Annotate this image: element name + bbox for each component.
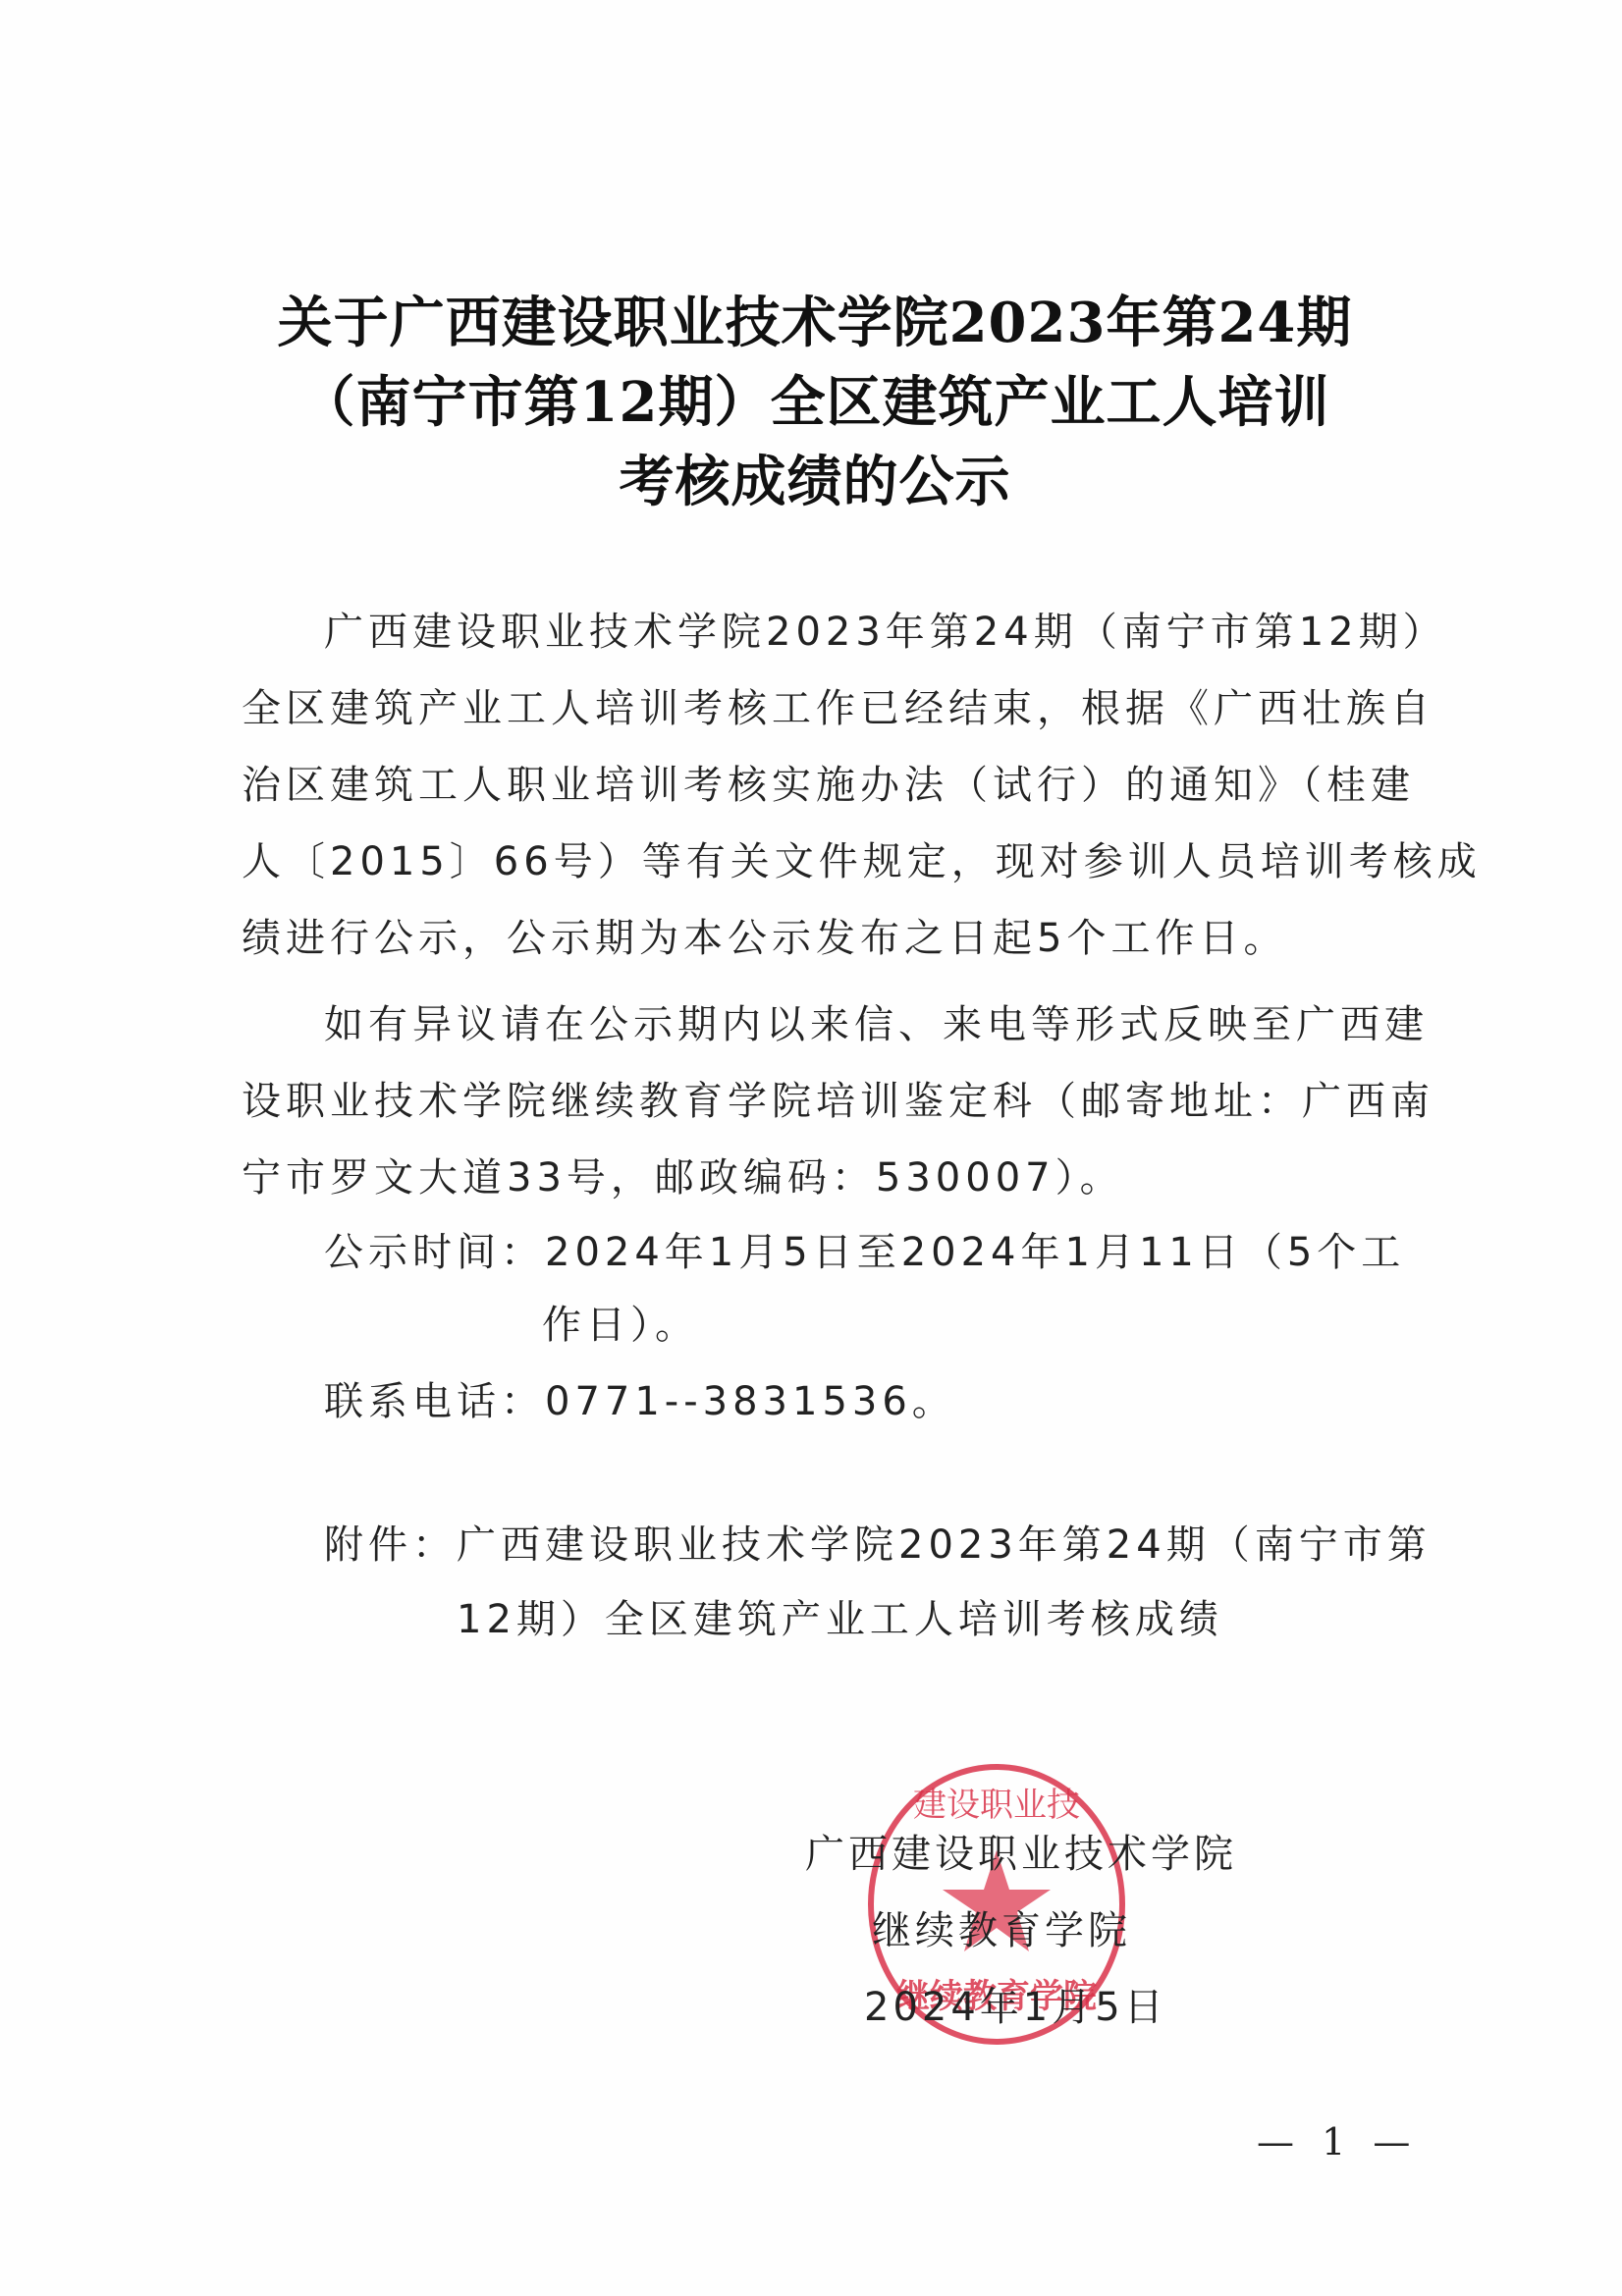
signature-department: 继续教育学院 xyxy=(872,1899,1131,1955)
title-line-2: （南宁市第12期）全区建筑产业工人培训 xyxy=(236,359,1394,438)
page-number: — 1 — xyxy=(1257,2120,1418,2163)
body-line-5: 绩进行公示，公示期为本公示发布之日起5个工作日。 xyxy=(242,907,1287,963)
svg-text:建设职业技: 建设职业技 xyxy=(913,1786,1080,1825)
body-line-7: 设职业技术学院继续教育学院培训鉴定科（邮寄地址：广西南 xyxy=(242,1070,1434,1126)
body-line-3: 治区建筑工人职业培训考核实施办法（试行）的通知》（桂建 xyxy=(242,754,1415,810)
attachment-line-2: 12期）全区建筑产业工人培训考核成绩 xyxy=(457,1588,1223,1644)
contact-phone: 联系电话：0771--3831536。 xyxy=(324,1370,956,1426)
body-line-2: 全区建筑产业工人培训考核工作已经结束，根据《广西壮族自 xyxy=(242,677,1434,733)
body-line-8: 宁市罗文大道33号，邮政编码：530007）。 xyxy=(242,1147,1124,1202)
signature-date: 2024年1月5日 xyxy=(864,1976,1167,2032)
signature-organization: 广西建设职业技术学院 xyxy=(805,1823,1237,1879)
document-page: 关于广西建设职业技术学院2023年第24期 （南宁市第12期）全区建筑产业工人培… xyxy=(0,0,1622,2296)
title-line-3: 考核成绩的公示 xyxy=(236,439,1394,517)
body-line-6: 如有异议请在公示期内以来信、来电等形式反映至广西建 xyxy=(324,993,1429,1049)
title-line-1: 关于广西建设职业技术学院2023年第24期 xyxy=(236,280,1394,358)
body-line-1: 广西建设职业技术学院2023年第24期（南宁市第12期） xyxy=(324,601,1447,657)
notice-period-line-1: 公示时间：2024年1月5日至2024年1月11日（5个工 xyxy=(324,1221,1405,1277)
body-line-4: 人〔2015〕66号）等有关文件规定，现对参训人员培训考核成 xyxy=(242,830,1482,886)
attachment-line-1: 附件：广西建设职业技术学院2023年第24期（南宁市第 xyxy=(324,1514,1432,1570)
notice-period-line-2: 作日）。 xyxy=(542,1294,699,1350)
